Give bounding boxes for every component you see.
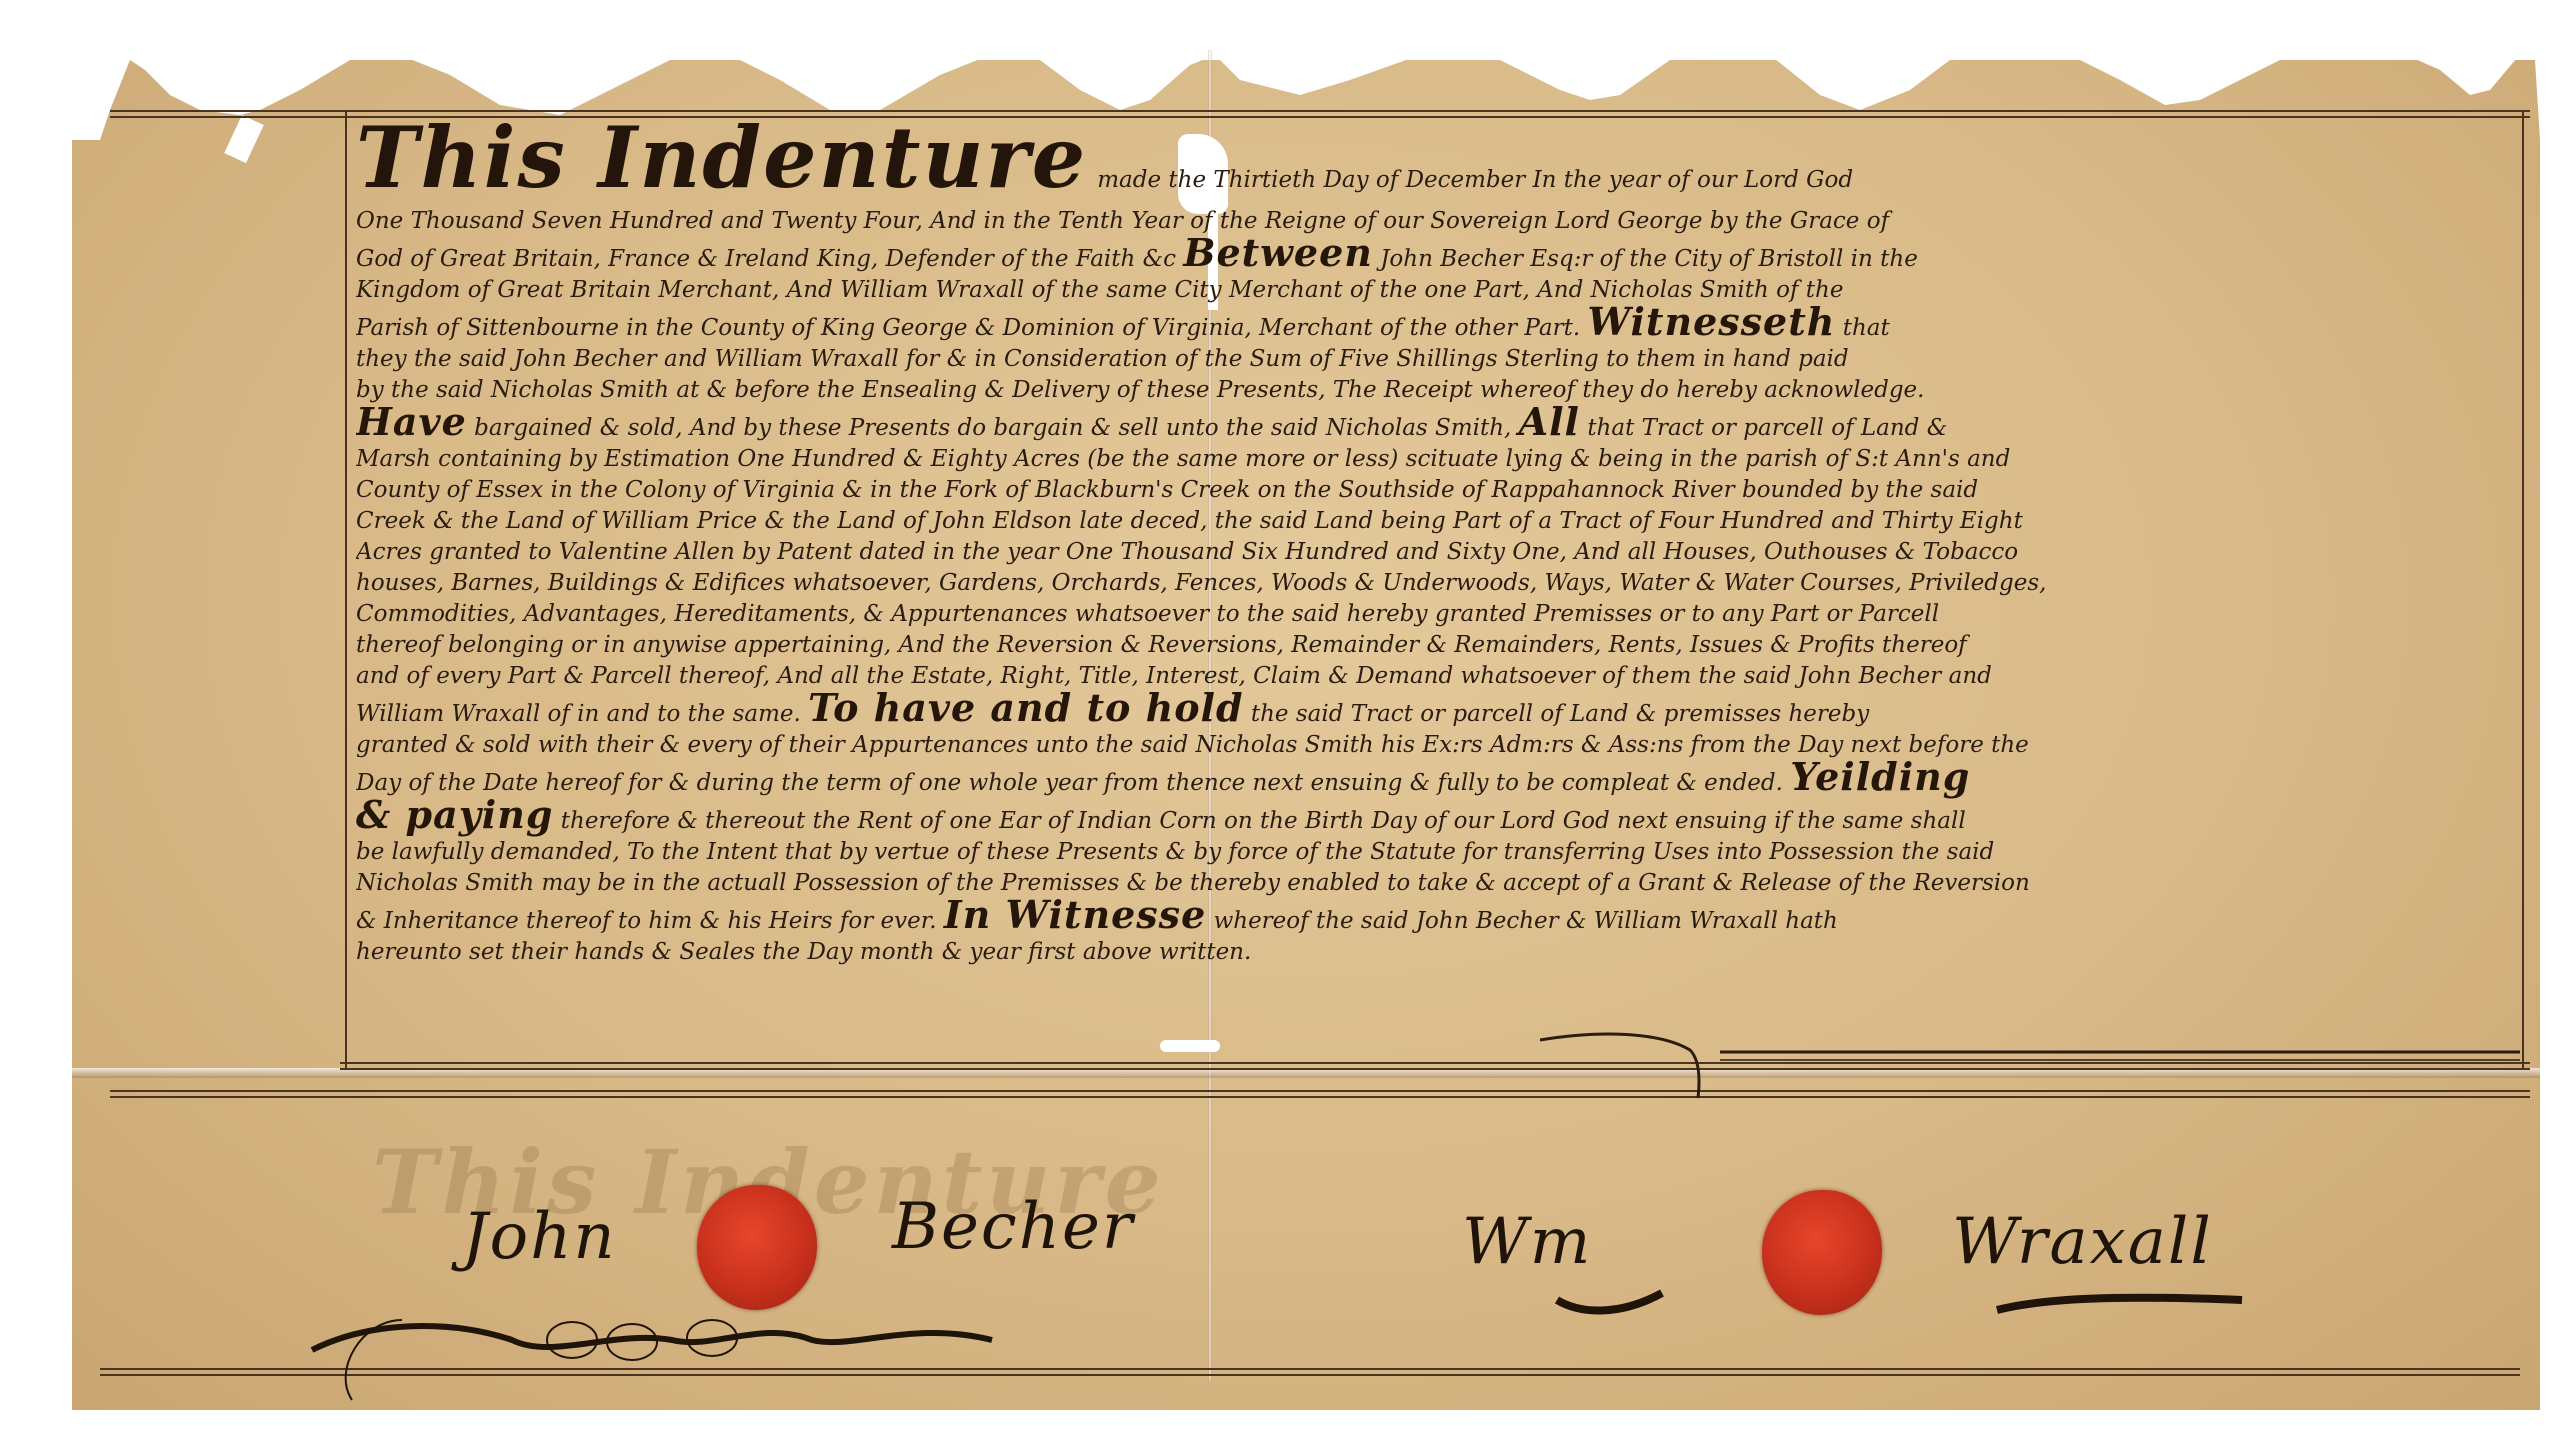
emphasis-all: All: [1519, 406, 1580, 444]
signature-panel: This Indenture John Becher Wm Wraxall: [72, 1080, 2540, 1410]
wax-seal-right: [1762, 1190, 1882, 1315]
text-line: Creek & the Land of William Price & the …: [356, 506, 2506, 537]
signature-john: John: [462, 1200, 617, 1274]
text-line: Day of the Date hereof for & during the …: [356, 761, 2506, 799]
wraxall-underline-flourish: [1992, 1290, 2252, 1320]
text-line: Nicholas Smith may be in the actuall Pos…: [356, 868, 2506, 899]
emphasis-have: Have: [356, 406, 467, 444]
text-line: made the Thirtieth Day of December In th…: [1097, 165, 1853, 206]
signature-wm: Wm: [1462, 1205, 1592, 1279]
emphasis-in-witness: In Witnesse: [944, 899, 1206, 937]
text-line: thereof belonging or in anywise appertai…: [356, 630, 2506, 661]
text-line: Parish of Sittenbourne in the County of …: [356, 306, 2506, 344]
text-line: God of Great Britain, France & Ireland K…: [356, 237, 2506, 275]
text-line: One Thousand Seven Hundred and Twenty Fo…: [356, 206, 2506, 237]
text-line: Have bargained & sold, And by these Pres…: [356, 406, 2506, 444]
text-line: & paying therefore & thereout the Rent o…: [356, 799, 2506, 837]
title-row: This Indenture made the Thirtieth Day of…: [356, 110, 2506, 206]
text-line: houses, Barnes, Buildings & Edifices wha…: [356, 568, 2506, 599]
text-line: County of Essex in the Colony of Virgini…: [356, 475, 2506, 506]
emphasis-between: Between: [1183, 237, 1373, 275]
emphasis-yielding: Yeilding: [1790, 761, 1970, 799]
text-line: they the said John Becher and William Wr…: [356, 344, 2506, 375]
signature-flourish: [292, 1280, 1292, 1410]
text-line: hereunto set their hands & Seales the Da…: [356, 937, 2506, 968]
text-line: by the said Nicholas Smith at & before t…: [356, 375, 2506, 406]
indenture-text: This Indenture made the Thirtieth Day of…: [356, 110, 2506, 968]
wm-underline-flourish: [1552, 1285, 1672, 1325]
right-margin-rule: [2522, 110, 2524, 1070]
left-margin-rule: [345, 110, 347, 1070]
text-line: & Inheritance thereof to him & his Heirs…: [356, 899, 2506, 937]
emphasis-witnesseth: Witnesseth: [1587, 306, 1835, 344]
text-line: Acres granted to Valentine Allen by Pate…: [356, 537, 2506, 568]
emphasis-paying: & paying: [356, 799, 553, 837]
text-line: be lawfully demanded, To the Intent that…: [356, 837, 2506, 868]
paper-tear: [1160, 1040, 1220, 1052]
emphasis-habendum: To have and to hold: [808, 692, 1243, 730]
text-line: Marsh containing by Estimation One Hundr…: [356, 444, 2506, 475]
document-title: This Indenture: [356, 110, 1087, 206]
text-line: and of every Part & Parcell thereof, And…: [356, 661, 2506, 692]
text-line: granted & sold with their & every of the…: [356, 730, 2506, 761]
signature-wraxall: Wraxall: [1952, 1205, 2213, 1279]
text-line: Commodities, Advantages, Hereditaments, …: [356, 599, 2506, 630]
signature-becher: Becher: [892, 1190, 1134, 1264]
text-line: Kingdom of Great Britain Merchant, And W…: [356, 275, 2506, 306]
text-line: William Wraxall of in and to the same. T…: [356, 692, 2506, 730]
